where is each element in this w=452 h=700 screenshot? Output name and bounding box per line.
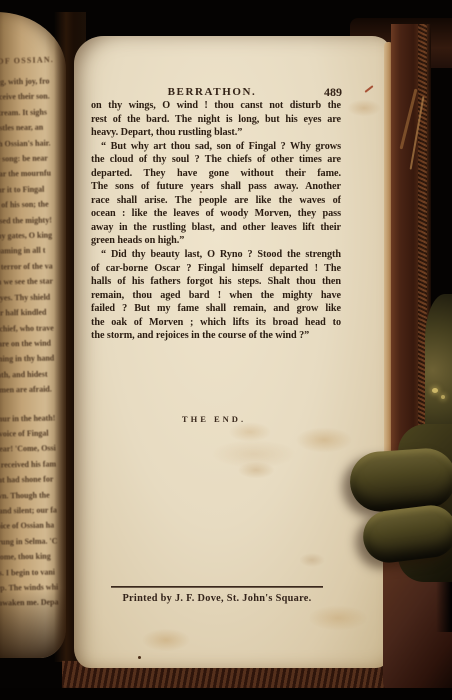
right-page: BERRATHON. 489 on thy wings, O wind ! th… [74,36,390,668]
body-line: The sons of future years shall pass away… [91,180,341,194]
left-page-text: faces shall hang, with joy, frotheir han… [0,74,59,616]
body-line: failed ? But my fame shall remain, and g… [91,302,341,316]
body-line: remain, thou aged bard ! when the mighty… [91,289,341,303]
paper-speck [200,191,202,193]
body-line: departed. They have gone without their f… [91,167,341,181]
body-line: “ But why art thou sad, son of Fingal ? … [91,140,341,154]
imprint-rule [111,586,323,588]
body-line: race shall arise. The people are like th… [91,194,341,208]
glove-highlight [432,388,438,393]
finger [348,446,452,513]
page-number: 489 [324,85,342,100]
running-head: BERRATHON. 489 [74,86,390,100]
paper-speck [138,656,141,659]
glove-highlight [441,395,445,399]
body-line: of car-borne Oscar ? Fingal himself depa… [91,262,341,276]
left-page-running-head: POEMS OF OSSIAN. [0,55,54,70]
printer-imprint: Printed by J. F. Dove, St. John's Square… [106,593,328,604]
body-line: the storm, and rejoices in the course of… [91,329,341,343]
book-photo-scene: POEMS OF OSSIAN. faces shall hang, with … [0,0,452,700]
left-page-line: hair, shall not awaken me. Depa [0,595,59,615]
body-line: ocean : like the leaves of woody Morven,… [91,207,341,221]
body-line: the cloud of thy soul ? The chiefs of ot… [91,153,341,167]
body-line: heavy. Depart, thou rustling blast.” [91,126,341,140]
body-line: the oak of Morven ; which lifts its broa… [91,316,341,330]
body-line: halls of his fathers forgot his steps. S… [91,275,341,289]
body-line: “ Did thy beauty last, O Ryno ? Stood th… [91,248,341,262]
body-line: green heads on high.” [91,234,341,248]
background-shadow [0,688,452,700]
left-page-line: I shall fall asleep. The winds whi [0,580,58,600]
body-line: rest of the bard. The night is long, but… [91,113,341,127]
page-body-text: on thy wings, O wind ! thou canst not di… [91,99,341,343]
body-line: away in the rustling blast, and other le… [91,221,341,235]
running-head-title: BERRATHON. [54,86,370,98]
the-end-label: THE END. [74,409,390,427]
body-line: on thy wings, O wind ! thou canst not di… [91,99,341,113]
